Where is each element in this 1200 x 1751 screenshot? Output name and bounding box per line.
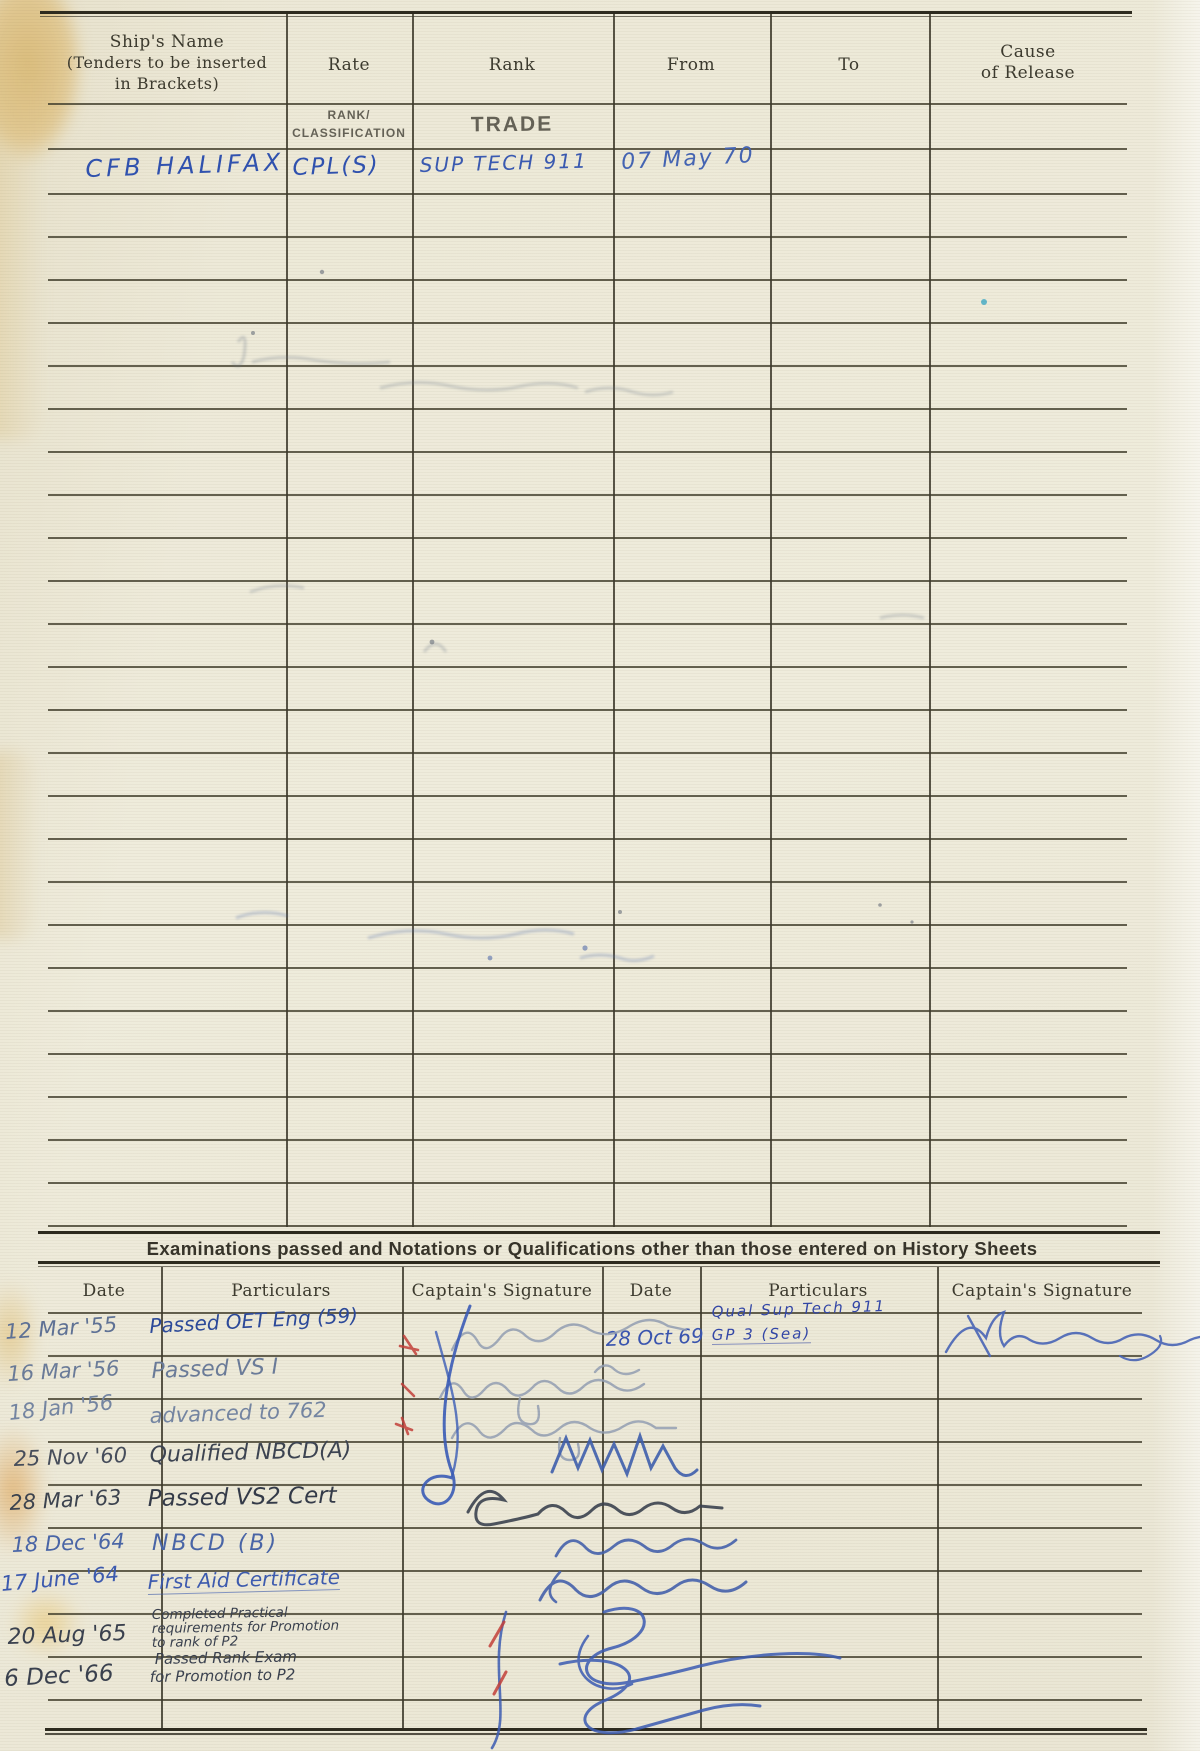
exam-particulars-2: Passed VS I <box>151 1355 278 1384</box>
exam-date-4: 25 Nov '60 <box>13 1443 127 1471</box>
grid-line <box>412 14 414 1227</box>
exam-col-date-left: Date <box>83 1281 126 1301</box>
exam-col-particulars-left: Particulars <box>231 1281 331 1301</box>
grid-line <box>48 795 1127 797</box>
grid-line <box>48 1096 1127 1098</box>
exam-particulars-6: NBCD (B) <box>152 1531 279 1556</box>
grid-line <box>937 1267 939 1729</box>
exam-particulars-3: advanced to 762 <box>149 1398 327 1428</box>
col-header-cause: Cause <box>1000 42 1055 62</box>
blue-flourish-signatures-bottom <box>492 1608 840 1748</box>
exam-particulars-1: Passed OET Eng (59) <box>149 1303 359 1338</box>
bleed-through-blue-marks <box>236 912 654 960</box>
grid-line <box>48 537 1127 539</box>
zigzag-signature <box>552 1436 697 1476</box>
entry-ship-name: CFB HALIFAX <box>85 148 285 183</box>
grid-line <box>48 924 1127 926</box>
grid-line <box>48 666 1127 668</box>
exam-right-date-1: 28 Oct 69 <box>605 1324 704 1351</box>
grid-line <box>48 838 1127 840</box>
col-header-rate: Rate <box>328 55 370 75</box>
examinations-section-title: Examinations passed and Notations or Qua… <box>32 1238 1152 1260</box>
exam-particulars-4: Qualified NBCD(A) <box>149 1438 351 1468</box>
exam-date-8: 20 Aug '65 <box>7 1621 127 1650</box>
grid-line <box>48 279 1127 281</box>
grid-line <box>48 1699 1142 1701</box>
exam-date-6: 18 Dec '64 <box>11 1529 125 1557</box>
grid-line <box>48 623 1127 625</box>
blue-flourish-signature <box>423 1306 470 1504</box>
grid-line <box>48 881 1127 883</box>
blue-signatures <box>540 1539 746 1602</box>
exam-particulars-7: First Aid Certificate <box>147 1565 340 1595</box>
blue-specks <box>488 945 588 960</box>
tape-stain-top-left <box>0 0 82 160</box>
grid-line <box>613 14 615 1227</box>
grid-line <box>48 1139 1127 1141</box>
col-header-cause-2: of Release <box>981 63 1075 83</box>
teal-speck <box>981 299 987 305</box>
tape-stain-left-strip <box>0 60 46 440</box>
table-bottom-border <box>45 1728 1147 1731</box>
exam-date-9: 6 Dec '66 <box>4 1660 115 1692</box>
grid-line <box>48 1225 1127 1227</box>
exam-right-particulars-1b: GP 3 (Sea) <box>712 1324 812 1345</box>
grid-line <box>602 1267 604 1729</box>
bleed-through-marks <box>232 337 924 652</box>
grid-line <box>286 14 288 1227</box>
entry-rate: CPL(S) <box>292 152 380 181</box>
grid-line <box>48 365 1127 367</box>
table-top-border <box>40 11 1132 14</box>
exam-particulars-5: Passed VS2 Cert <box>148 1483 337 1512</box>
grid-line <box>929 14 931 1227</box>
entry-rank: SUP TECH 911 <box>419 149 588 177</box>
dark-ink-signature <box>468 1491 722 1524</box>
ink-specks <box>251 270 914 924</box>
tape-stain-left-mid <box>0 750 40 940</box>
exam-date-3: 18 Jan '56 <box>7 1390 114 1425</box>
grid-line <box>48 1010 1127 1012</box>
col-header-ship-name-2: (Tenders to be inserted <box>67 53 267 72</box>
grid-line <box>48 103 1127 105</box>
grid-line <box>48 322 1127 324</box>
captain-signature-right <box>946 1312 1200 1360</box>
exam-date-1: 12 Mar '55 <box>4 1312 118 1344</box>
red-check-marks <box>396 1336 506 1694</box>
grid-line <box>48 408 1127 410</box>
grid-line <box>48 1527 1142 1529</box>
section-rule-bottom <box>38 1261 1160 1264</box>
rank-classification-stamp-2: CLASSIFICATION <box>292 126 406 140</box>
table-bottom-border-inner <box>45 1733 1147 1735</box>
grid-line <box>48 193 1127 195</box>
grid-line <box>48 752 1127 754</box>
exam-date-2: 16 Mar '56 <box>7 1356 120 1386</box>
exam-particulars-9b: for Promotion to P2 <box>150 1665 296 1686</box>
exam-right-particulars-1a: Qual Sup Tech 911 <box>711 1297 886 1321</box>
entry-from-date: 07 May 70 <box>621 143 756 175</box>
grid-line <box>48 967 1127 969</box>
col-header-from: From <box>667 55 715 75</box>
col-header-ship-name-3: in Brackets) <box>115 74 219 93</box>
grid-line <box>48 709 1127 711</box>
grid-line <box>48 580 1127 582</box>
col-header-ship-name: Ship's Name <box>110 32 224 52</box>
section-rule-bottom-inner <box>38 1266 1160 1267</box>
exam-col-date-right: Date <box>630 1281 673 1301</box>
grid-line <box>48 1182 1127 1184</box>
grid-line <box>48 1398 1142 1400</box>
col-header-to: To <box>838 55 859 75</box>
table-top-border-inner <box>40 16 1132 17</box>
trade-stamp: TRADE <box>471 113 554 138</box>
rank-classification-stamp: RANK/ <box>328 108 371 122</box>
scanned-service-record-page: Ship's Name (Tenders to be inserted in B… <box>0 0 1200 1751</box>
exam-col-signature-left: Captain's Signature <box>412 1281 593 1301</box>
col-header-rank: Rank <box>489 55 536 75</box>
exam-col-signature-right: Captain's Signature <box>952 1281 1133 1301</box>
exam-date-7: 17 June '64 <box>0 1562 120 1596</box>
grid-line <box>48 1053 1127 1055</box>
grid-line <box>48 236 1127 238</box>
grid-line <box>48 451 1127 453</box>
grid-line <box>48 494 1127 496</box>
section-rule-top <box>38 1231 1160 1234</box>
exam-date-5: 28 Mar '63 <box>9 1485 122 1515</box>
grid-line <box>770 14 772 1227</box>
grid-line <box>402 1267 404 1729</box>
